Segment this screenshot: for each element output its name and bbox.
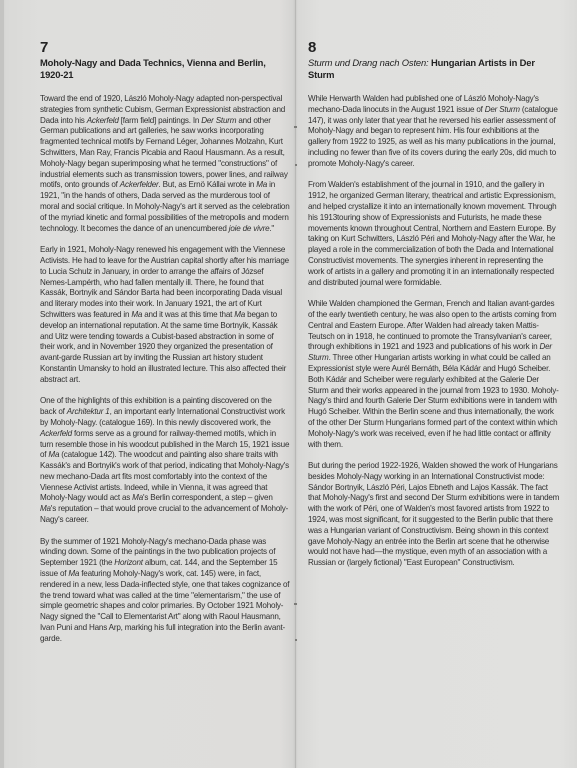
section-title-text: Moholy-Nagy and Dada Technics, Vienna an…: [40, 57, 266, 80]
staple-mark: [294, 603, 297, 605]
paragraph: One of the highlights of this exhibition…: [40, 396, 290, 526]
paragraph: Toward the end of 1920, László Moholy-Na…: [40, 94, 290, 234]
section-number: 7: [40, 40, 290, 56]
book-spread: 7 Moholy-Nagy and Dada Technics, Vienna …: [0, 0, 577, 768]
left-page: 7 Moholy-Nagy and Dada Technics, Vienna …: [40, 40, 290, 655]
section-title: Moholy-Nagy and Dada Technics, Vienna an…: [40, 57, 290, 81]
paragraph: While Walden championed the German, Fren…: [308, 299, 560, 450]
page-edge-shadow: [0, 0, 4, 768]
staple-mark: [294, 126, 297, 128]
paragraph: While Herwarth Walden had published one …: [308, 94, 560, 170]
section-number: 8: [308, 40, 560, 56]
paragraph: By the summer of 1921 Moholy-Nagy's mech…: [40, 537, 290, 645]
staple-mark: [295, 164, 297, 166]
staple-mark: [295, 639, 297, 641]
body-text: While Herwarth Walden had published one …: [308, 94, 560, 569]
paragraph: From Walden's establishment of the journ…: [308, 180, 560, 288]
right-page: 8 Sturm und Drang nach Osten: Hungarian …: [308, 40, 560, 580]
section-title-italic: Sturm und Drang nach Osten:: [308, 57, 429, 68]
paragraph: Early in 1921, Moholy-Nagy renewed his e…: [40, 245, 290, 385]
center-fold: [295, 0, 296, 768]
section-title: Sturm und Drang nach Osten: Hungarian Ar…: [308, 57, 560, 81]
paragraph: But during the period 1922-1926, Walden …: [308, 461, 560, 569]
body-text: Toward the end of 1920, László Moholy-Na…: [40, 94, 290, 645]
